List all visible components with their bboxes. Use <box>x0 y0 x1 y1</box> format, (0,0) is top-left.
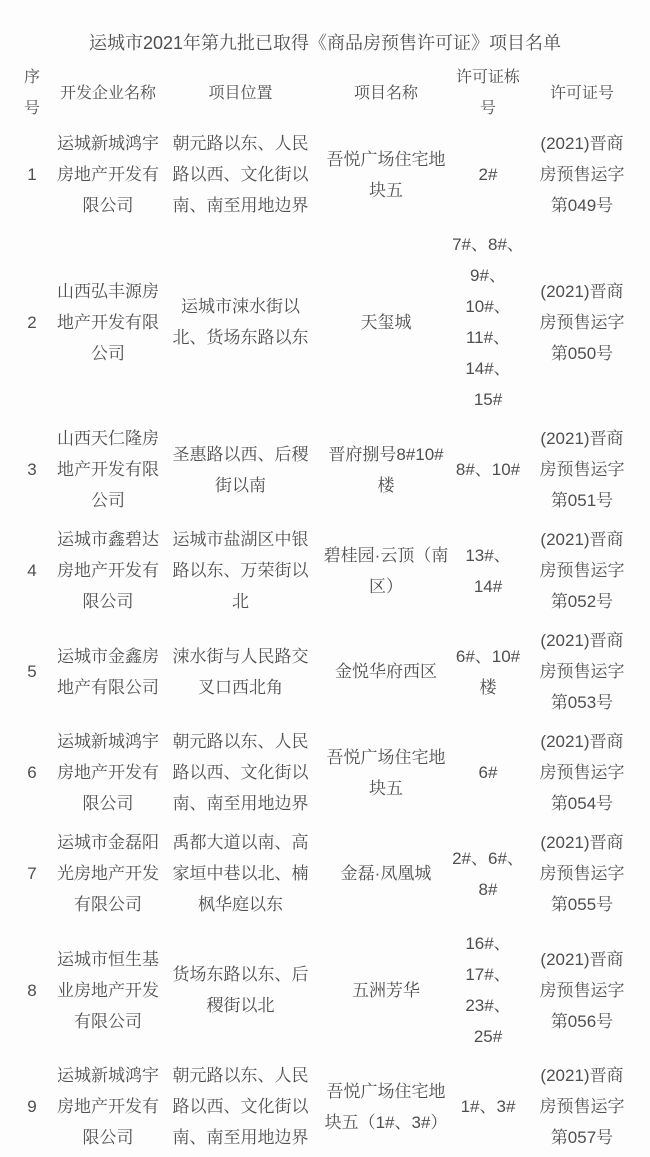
cell-serial: 6 <box>12 757 52 788</box>
cell-serial: 7 <box>12 858 52 889</box>
cell-project: 吾悦广场住宅地 块五 <box>317 144 455 206</box>
cell-project: 金磊·凤凰城 <box>317 858 455 889</box>
cell-permit: (2021)晋商 房预售运字 第056号 <box>522 944 642 1037</box>
cell-buildings: 8#、10# <box>448 454 528 485</box>
table-row: 9 运城新城鸿宇 房地产开发有 限公司 朝元路以东、人民 路以西、文化街以 南、… <box>0 1056 650 1157</box>
cell-buildings: 7#、8#、 9#、 10#、 11#、 14#、 15# <box>448 229 528 415</box>
cell-buildings: 16#、 17#、 23#、 25# <box>448 928 528 1052</box>
cell-developer: 运城市恒生基 业房地产开发 有限公司 <box>52 944 164 1037</box>
cell-developer: 山西弘丰源房 地产开发有限 公司 <box>52 276 164 369</box>
cell-location: 运城市涑水街以 北、货场东路以东 <box>164 291 317 353</box>
cell-location: 圣惠路以西、后稷 街以南 <box>164 439 317 501</box>
cell-project: 天玺城 <box>317 307 455 338</box>
cell-project: 碧桂园·云顶（南 区） <box>317 540 455 602</box>
table-header-row: 序 号 开发企业名称 项目位置 项目名称 许可证栋 号 许可证号 <box>0 62 650 124</box>
cell-buildings: 2# <box>448 159 528 190</box>
table-row: 7 运城市金磊阳 光房地产开发 有限公司 禹都大道以南、高 家垣中巷以北、楠 枫… <box>0 823 650 924</box>
cell-serial: 5 <box>12 656 52 687</box>
header-serial: 序 号 <box>12 62 52 124</box>
cell-project: 吾悦广场住宅地 块五（1#、3#） <box>317 1076 455 1138</box>
cell-location: 朝元路以东、人民 路以西、文化街以 南、南至用地边界 <box>164 128 317 221</box>
header-location: 项目位置 <box>164 78 317 109</box>
table-row: 5 运城市金鑫房 地产有限公司 涑水街与人民路交 叉口西北角 金悦华府西区 6#… <box>0 621 650 722</box>
table-row: 2 山西弘丰源房 地产开发有限 公司 运城市涑水街以 北、货场东路以东 天玺城 … <box>0 225 650 419</box>
table-row: 6 运城新城鸿宇 房地产开发有 限公司 朝元路以东、人民 路以西、文化街以 南、… <box>0 722 650 823</box>
cell-serial: 3 <box>12 454 52 485</box>
table-row: 1 运城新城鸿宇 房地产开发有 限公司 朝元路以东、人民 路以西、文化街以 南、… <box>0 124 650 225</box>
cell-permit: (2021)晋商 房预售运字 第051号 <box>522 423 642 516</box>
cell-serial: 9 <box>12 1091 52 1122</box>
table-row: 3 山西天仁隆房 地产开发有限 公司 圣惠路以西、后稷 街以南 晋府捌号8#10… <box>0 419 650 520</box>
cell-buildings: 1#、3# <box>448 1091 528 1122</box>
cell-location: 货场东路以东、后 稷街以北 <box>164 959 317 1021</box>
cell-permit: (2021)晋商 房预售运字 第049号 <box>522 128 642 221</box>
header-buildings: 许可证栋 号 <box>448 62 528 124</box>
cell-developer: 山西天仁隆房 地产开发有限 公司 <box>52 423 164 516</box>
cell-location: 朝元路以东、人民 路以西、文化街以 南、南至用地边界 <box>164 726 317 819</box>
cell-serial: 2 <box>12 307 52 338</box>
cell-serial: 1 <box>12 159 52 190</box>
cell-permit: (2021)晋商 房预售运字 第050号 <box>522 276 642 369</box>
cell-buildings: 6# <box>448 757 528 788</box>
page-title: 运城市2021年第九批已取得《商品房预售许可证》项目名单 <box>0 0 650 62</box>
cell-permit: (2021)晋商 房预售运字 第052号 <box>522 524 642 617</box>
cell-buildings: 6#、10# 楼 <box>448 641 528 703</box>
cell-project: 晋府捌号8#10# 楼 <box>317 439 455 501</box>
cell-location: 涑水街与人民路交 叉口西北角 <box>164 641 317 703</box>
cell-project: 五洲芳华 <box>317 975 455 1006</box>
cell-buildings: 2#、6#、 8# <box>448 843 528 905</box>
cell-developer: 运城市金鑫房 地产有限公司 <box>52 641 164 703</box>
header-permit: 许可证号 <box>522 78 642 109</box>
cell-permit: (2021)晋商 房预售运字 第053号 <box>522 625 642 718</box>
document-page: 运城市2021年第九批已取得《商品房预售许可证》项目名单 序 号 开发企业名称 … <box>0 0 650 1157</box>
cell-serial: 8 <box>12 975 52 1006</box>
cell-developer: 运城新城鸿宇 房地产开发有 限公司 <box>52 128 164 221</box>
cell-location: 运城市盐湖区中银 路以东、万荣街以 北 <box>164 524 317 617</box>
cell-developer: 运城市鑫碧达 房地产开发有 限公司 <box>52 524 164 617</box>
cell-serial: 4 <box>12 555 52 586</box>
cell-buildings: 13#、 14# <box>448 540 528 602</box>
table-row: 4 运城市鑫碧达 房地产开发有 限公司 运城市盐湖区中银 路以东、万荣街以 北 … <box>0 520 650 621</box>
cell-location: 朝元路以东、人民 路以西、文化街以 南、南至用地边界 <box>164 1060 317 1153</box>
cell-project: 吾悦广场住宅地 块五 <box>317 742 455 804</box>
cell-project: 金悦华府西区 <box>317 656 455 687</box>
header-project: 项目名称 <box>317 78 455 109</box>
cell-permit: (2021)晋商 房预售运字 第057号 <box>522 1060 642 1153</box>
cell-permit: (2021)晋商 房预售运字 第054号 <box>522 726 642 819</box>
header-developer: 开发企业名称 <box>52 78 164 109</box>
cell-developer: 运城新城鸿宇 房地产开发有 限公司 <box>52 726 164 819</box>
cell-developer: 运城市金磊阳 光房地产开发 有限公司 <box>52 827 164 920</box>
table-row: 8 运城市恒生基 业房地产开发 有限公司 货场东路以东、后 稷街以北 五洲芳华 … <box>0 924 650 1056</box>
cell-location: 禹都大道以南、高 家垣中巷以北、楠 枫华庭以东 <box>164 827 317 920</box>
cell-developer: 运城新城鸿宇 房地产开发有 限公司 <box>52 1060 164 1153</box>
cell-permit: (2021)晋商 房预售运字 第055号 <box>522 827 642 920</box>
